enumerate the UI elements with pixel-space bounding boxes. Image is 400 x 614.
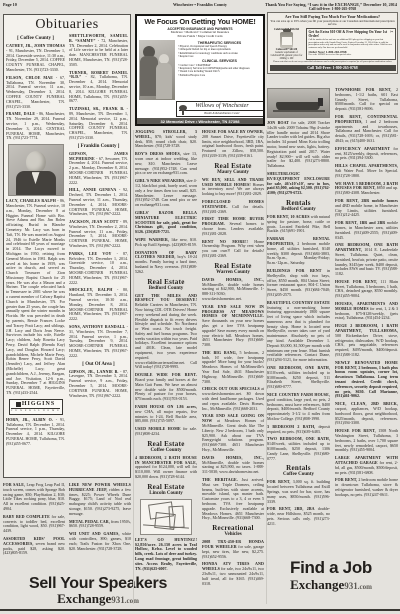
classified-ad: NICE, CLEAN, 2BD BRICK, carport, applian… (335, 402, 398, 426)
obituary-entry: FRAME, DALE - 86, Manchester, TN. Novemb… (6, 112, 65, 141)
classified-text: in Shelbyville, shop with two bays, offi… (267, 268, 330, 297)
classified-text: 208 Sunset Drive, Fayetteville city limi… (202, 134, 264, 158)
section-heading-category: Rentals (267, 464, 330, 472)
obituary-text: - 89, Winchester, TN. December 2, 2014. … (69, 219, 128, 248)
classified-lead: SHELTERLOGIC RV/EQUIPMENT ENCLOSURE (267, 171, 330, 181)
pill-bottle-icon (280, 32, 293, 48)
classified-text: featuring a non-smoking home featuring a… (267, 305, 330, 363)
boat-motor (318, 98, 323, 106)
canada-drug-ad: Call toll-free: 1-800-265-0768 Are You S… (267, 7, 398, 83)
higgins-logo-name: HIGGINS (16, 401, 55, 407)
classified-ad: DONATION OF BABY CLOTHES NEEDED, boy's 1… (135, 251, 197, 275)
higgins-logo-subtitle: F U N E R A L H O M E (11, 408, 60, 413)
obituaries-title: Obituaries (6, 17, 128, 32)
obituary-text: - 82, Tullahoma, TN. December 4, 2014. M… (69, 74, 128, 103)
obituary-entry: TURNER, ROBERT DANIEL “R.D.” - 82, Tulla… (69, 71, 128, 105)
willows-services: THERAPEUTIC SERVICES Physical, Occupatio… (175, 40, 263, 100)
newspaper-page: Page 10 Winchester • Franklin County Tha… (0, 0, 400, 614)
classified-ad: FOR RENT, 2BD, 2BA double-wide, near Hil… (267, 507, 330, 526)
find-a-job-banner: Find a Job Exchange931.com (262, 558, 400, 606)
classified-ad: HOUSE FOR SALE BY OWNER, 208 Sunset Driv… (202, 130, 264, 159)
section-heading-category: Real Estate (135, 483, 197, 491)
page-number: Page 10 (3, 2, 17, 7)
classified-ad: FIRST TIME HOME BUYER PROGRAM. Several h… (202, 217, 264, 236)
classified-ad: ONE BEDROOM, ONE BATH, $110/week, utilit… (267, 366, 330, 390)
classified-ad: JON BOAT for sale, 2008 Tracker 14x36 wi… (267, 121, 330, 169)
drug-ad-fine-print: Please note that we do not carry control… (270, 61, 396, 64)
classified-text: good condition, large yard, no pets, 2 b… (267, 397, 330, 421)
drug-ad-box: Are You Still Paying Too Much For Your M… (267, 12, 398, 74)
obituary-text: - 86, Manchester, TN. November 29, 2014.… (6, 111, 65, 140)
classified-text: and 4BD mobile home, in Manchester City … (335, 203, 398, 218)
classified-ad: YEAR END SALE GOING ON NOW at Meadows Ho… (202, 414, 264, 452)
classified-ad: ASSORTED KIDS’ POOL ACCESSORIES, seven b… (3, 537, 65, 556)
therapeutic-services-list: Physical, Occupational and Speech Therap… (178, 45, 261, 58)
therapeutic-services-title: THERAPEUTIC SERVICES (178, 41, 261, 45)
obituary-portrait-photo (8, 144, 64, 196)
logo-block-icon (16, 402, 21, 407)
classified-ad: FOR RENT, 3,000 sq. ft. building located… (267, 480, 330, 504)
classified-ad-bold: NEWLY RENOVATED HOME FOR RENT, 2 bedroom… (335, 361, 398, 399)
drug-ad-subheadline: You can save up to 93% when you fill you… (270, 20, 396, 27)
classified-ad: GIRL'S NIKE SNEAKERS, size 4-1/2, black/… (135, 179, 197, 208)
clinical-services-list: Cardiac Care • CPAP/BiPAPRespiratory Ser… (178, 64, 261, 77)
section-heading-county: Coffee County (267, 472, 330, 477)
classified-ad: JOGGING STROLLER, 3 WHEEL, $70; kids' wo… (135, 130, 197, 149)
classified-ad: THE BIG BANG, 5 bedroom, 2 bath, 16' wid… (202, 351, 264, 385)
classified-ad: LARGE APARTMENT WITH ATTACHED GARAGE for… (335, 456, 398, 475)
obituary-text: - 67, Tullahoma, TN. November 30, 2014. … (6, 75, 65, 109)
willows-insurance-line2: Private Funds • Major Credit Cards (137, 35, 263, 39)
classified-text: size 4-1/2, black/hot pink, barely used,… (135, 178, 197, 207)
obituaries-column-1: [ Coffee County ] CATHEY, JR., JOHN THOM… (6, 34, 65, 450)
classified-lead: 4 BEDROOM, 2 BATH HOUSE IN MANCHESTER FO… (135, 455, 197, 465)
classified-text: $140/week, utilities included up to $100… (267, 441, 330, 460)
classified-ad: ONE BEDROOM, ONE BATH APARTMENT, 1014 E.… (335, 243, 398, 277)
bottle-cap (283, 29, 291, 32)
obituary-text: - 67, Sewanee, TN. December 4, 2014. Fun… (69, 156, 128, 185)
obituary-text: - 87, Belvidere, TN. December 1, 2014. G… (69, 251, 128, 285)
classified-text: Salt Water Pool. Move In Special. (931)7… (335, 168, 398, 178)
classified-text: for sale, 46'x10'x10', new in box, paid … (267, 181, 330, 196)
classified-ad: HONDA ATV TIRES AND WHEELS for sale, two… (202, 562, 264, 586)
section-heading-county: Bedford County (267, 207, 330, 212)
section-heading: Rentals Coffee County (267, 464, 330, 477)
obituaries-columns: [ Coffee County ] CATHEY, JR., JOHN THOM… (6, 34, 128, 450)
classified-ad: DAVIS HOMES, INC., McMinnville, double w… (202, 278, 264, 302)
map-parcel (168, 505, 184, 528)
obituary-text: - 91, Tullahoma, TN. December 1, 2014. F… (6, 417, 65, 446)
banner-headline: Find a Job (262, 558, 400, 578)
classified-column-2: LIKE NEW POWER WHEELS HURRICANE JEEP, ri… (69, 483, 131, 573)
coupon-offer-box: ✂ Get An Extra $10 Off & Free Shipping O… (306, 28, 396, 60)
section-heading: Real Estate Maury County (202, 162, 264, 175)
column-rule (133, 130, 134, 604)
obituary-text: - 72, Manchester, TN. December 2, 2014. … (69, 38, 128, 67)
classified-ad: NICE COUNTRY FARM HOUSE, good condition,… (267, 393, 330, 422)
clinical-services-title: CLINICAL SERVICES (178, 59, 261, 63)
promo-code-line: Use code 10FREE to receive this special … (309, 54, 393, 57)
classified-ad: GET THE MILES AND RESPECT YOU DESERVE! R… (135, 294, 197, 371)
classified-ad: EFFICIENCY APARTMENT for rent, $125/week… (335, 147, 398, 161)
obituary-entry: HILL, ANNIE GENEVA - 92, Decherd, TN. De… (69, 188, 128, 217)
drug-ad-bottom-phone: Call Toll-Free: 1-800-265-0768 (270, 65, 396, 72)
classified-text: 5 bedroom, 2 bath, 16' wide, free heatpu… (202, 350, 264, 384)
section-heading-county: Warren County (202, 270, 264, 275)
obituary-text: - 80, Huntland, TN. December 3, 2014. Fu… (69, 287, 128, 321)
classified-ad: TOWNHOME FOR RENT, 2 bedrooms, 1-1/2 bat… (335, 88, 398, 112)
classified-column-5: JON BOAT for sale, 2008 Tracker 14x36 wi… (267, 88, 330, 556)
classified-ad: WE BUY, SELL AND TRADE USED MOBILE HOMES… (202, 178, 264, 197)
classified-ad: 4 BEDROOM, 2 BATH HOUSE IN MANCHESTER FO… (135, 456, 197, 480)
classified-ad: FOR RENT, 10 ACRES with natural spring f… (267, 215, 330, 234)
classified-text: Board your family and horses at the Main… (135, 377, 197, 401)
column-rule (266, 130, 267, 604)
willows-of-winchester-ad: We Focus On Getting You HOME! ACCEPTED I… (135, 14, 265, 126)
exchange-com: .com (358, 583, 372, 591)
county-heading: [ Coffee County ] (6, 36, 65, 41)
service-bullet: Palliative/Hospice Care (178, 74, 261, 77)
classified-text: McMinnville, double wide homes starting … (202, 282, 264, 301)
section-heading-category: Recreational (202, 524, 264, 532)
classified-ad: 3 BEDROOM 2 BATH, deposit required, no p… (267, 425, 330, 435)
classified-column-4: HOUSE FOR SALE BY OWNER, 208 Sunset Driv… (202, 130, 264, 608)
classified-ad-bold: LET'S GO HUNTING!! $2,850/acre. 26.150 a… (135, 538, 197, 572)
willows-address-bar: 32 Memorial Drive • Winchester, TN 37398 (137, 118, 263, 126)
classified-text: ridden a few times, $225; Power Wheels D… (69, 487, 131, 516)
willows-content-row: THERAPEUTIC SERVICES Physical, Occupatio… (137, 40, 263, 100)
classified-text: 2 bedrooms, 1-1/2 baths, 601 East Grundy… (335, 88, 398, 111)
obituaries-section: Obituaries [ Coffee County ] CATHEY, JR.… (3, 14, 131, 478)
classified-ad: FOR RENT, CONTINENTAL PROPERTIES, 1 and … (335, 115, 398, 144)
section-heading-category: Real Estate (135, 278, 197, 286)
middle-classifieds: JOGGING STROLLER, 3 WHEEL, $70; kids' wo… (135, 130, 265, 608)
classified-ad-bold: SHELTERLOGIC RV/EQUIPMENT ENCLOSURE for … (267, 172, 330, 196)
service-bullet: Respite Care (178, 55, 261, 58)
classified-ad: HOUSES, APARTMENTS AND MOBILE HOMES for … (335, 302, 398, 321)
classified-text: 500 Rickenbacker Drive, stove, refrigera… (335, 333, 398, 357)
classified-ad: HOUSE FOR RENT, 111 Blain Street, Tullah… (335, 280, 398, 299)
obituary-entry: SHOCKLEY, RALPH - 80, Huntland, TN. Dece… (69, 288, 128, 322)
classified-ad: HILLS CHAPEL APARTMENTS, Salt Water Pool… (335, 164, 398, 178)
classified-text: at Meadows Homes of McMinnville. Great d… (202, 418, 264, 452)
county-heading: [ Out Of Area ] (69, 362, 128, 367)
classified-text: new CHA, all major repairs, five minutes… (135, 409, 197, 424)
section-heading: Real Estate Warren County (202, 262, 264, 275)
right-classifieds: JON BOAT for sale, 2008 Tracker 14x36 wi… (267, 88, 398, 556)
exchange-931: 931 (344, 581, 358, 591)
offer-terms: Call the number below and save an additi… (309, 39, 393, 50)
patient-body (156, 63, 172, 99)
obituary-entry: TUZINSKI, SR., FRANK B. - 89, Manchester… (69, 107, 128, 141)
section-heading-county: Bedford County (135, 286, 197, 291)
classified-ad: WE HAVE 3 BEDROOM, 2 BATH HOUSES FOR REN… (335, 182, 398, 196)
classified-lead: YEAR END SALE NOW IN PROGRESS AT MEADOWS… (202, 304, 264, 319)
pill-bottle-graphic: CelebrexTM $832.60 Celecoxib* $61.00 Gen… (270, 28, 304, 60)
obituary-entry: JACKSON, JEAN SCOTT - 89, Winchester, TN… (69, 220, 128, 249)
classified-text: Just arrived. Must see. Triple Dormers, … (202, 477, 264, 520)
caregiver-photo (139, 40, 175, 100)
classified-text: carport, appliances, W/D hookup, hardwoo… (335, 406, 398, 425)
classified-ad: BABY BED COMPLETE for sale, converts to … (3, 515, 65, 534)
section-heading-category: Real Estate (135, 440, 197, 448)
obituary-text: - 89, Manchester, TN. December 1, 2014. … (69, 106, 128, 140)
classified-column-1: FOR SALE, Leap Frog Leap Pad II, touch s… (3, 483, 65, 573)
obituary-entry: GEPSON, JAMES MCPHERINE - 67, Sewanee, T… (69, 152, 128, 186)
classified-ad: FARM HOUSE ON 1.86 acres, new CHA, all m… (135, 405, 197, 424)
offer-title: Get An Extra $10 Off & Free Shipping On … (309, 30, 393, 38)
obituary-text: - 92, Decherd, TN. December 1, 2014. Fun… (69, 187, 128, 216)
obituary-entry: GIPSON, JR., LANNIE B. - 87, Lavergne, T… (69, 370, 128, 399)
section-heading-county: Vehicles (202, 532, 264, 537)
obituary-text: - 87, Lavergne, TN. December 3, 2014. Fu… (69, 369, 128, 398)
classified-ad: RENT NO MORE!! Home Ownership Program. W… (202, 240, 264, 259)
bottle-label (282, 37, 292, 45)
obituary-entry: SONS, ANTHONY RANDALL - 31, Winchester, … (69, 325, 128, 359)
section-heading: Rentals Bedford County (267, 199, 330, 212)
classified-ad: FORECLOSED HOMES STATEWIDE. Call for det… (202, 200, 264, 214)
classified-ad: HUGE 2 BEDROOM, 1 BATH APARTMENT, TULLAH… (335, 324, 398, 358)
classified-ad: LIKE NEW POWER WHEELS HURRICANE JEEP, ri… (69, 483, 131, 517)
tree-icon (179, 105, 187, 115)
section-heading: Real Estate Coffee County (135, 440, 197, 453)
classified-ad: BOY'S DRESS SHOES, size 13, worn once at… (135, 152, 197, 176)
obituaries-column-2: SHETTLEWORTH, SAMUEL B. “SAMMY” - 72, Ma… (69, 34, 128, 450)
obituary-text: - 86, Manchester, TN. Funeral service, 1… (6, 198, 65, 395)
classified-text: Leap Frog Leap Pad II, touch screen, com… (3, 483, 65, 511)
classified-ad: DAVIS HOMES, INC., McMinnville, double w… (202, 456, 264, 475)
page-header-center: Winchester • Franklin County (123, 2, 277, 7)
section-heading-category: Rentals (267, 199, 330, 207)
classified-lead: HUGE 2 BEDROOM, 1 BATH APARTMENT, TULLAH… (335, 323, 398, 333)
obituary-text: - 91, Manchester, TN. December 1, 2014. … (6, 48, 65, 72)
obituary-entry: FILSON, CHLOE MAE - 67, Tullahoma, TN. N… (6, 76, 65, 110)
classified-text: 2 bedroom, 1 bath plus bonus room upstai… (335, 365, 398, 399)
classified-ad: FARRAR RENTAL PROPERTIES, 2 bedroom mobi… (267, 237, 330, 266)
exchange-logo: Exchange931.com (262, 578, 400, 594)
classified-text: Save thousands on your new homes plus ge… (202, 318, 264, 347)
willows-logo-box: Willows of Winchester Health & Rehabilit… (176, 101, 265, 117)
boat-trailer (273, 110, 325, 112)
generic-price-note: Generic equivalent of CelebrexTM, generi… (270, 51, 304, 60)
drug-ad-middle-row: CelebrexTM $832.60 Celecoxib* $61.00 Gen… (270, 28, 396, 60)
section-heading: Recreational Vehicles (202, 524, 264, 537)
classified-text: for sale, 2008 Tracker 14x36 with 2009 T… (267, 120, 330, 168)
classified-ad: CHECK OUT OUR SPECIALS at www.davishomes… (202, 387, 264, 411)
classified-ad: METAL PEDAL CAR, from 1950's, $650. (931… (69, 520, 131, 530)
scissors-icon: ✂ (390, 29, 393, 34)
classified-column-6: TOWNHOME FOR RENT, 2 bedrooms, 1-1/2 bat… (335, 88, 398, 556)
exchange-931: 931 (111, 595, 125, 605)
obituary-entry: SHETTLEWORTH, SAMUEL B. “SAMMY” - 72, Ma… (69, 34, 128, 68)
section-heading: Real Estate Lincoln County (135, 483, 197, 496)
classified-ad: USED MOBILE HOME for sale. (931)808-4234… (135, 427, 197, 437)
classified-ad: WII UNIT AND GAMES, white with controlle… (69, 532, 131, 551)
jon-boat-photo (267, 88, 330, 118)
classified-text: McMinnville, double wide homes starting … (202, 460, 264, 475)
willows-logo-tagline: Health & Rehabilitation Center (179, 110, 265, 115)
section-heading-category: Real Estate (202, 162, 264, 170)
classified-text: 1014 E. Lauderdale Street, Tullahoma. Qu… (335, 247, 398, 276)
classified-text: $110/week, utilities included up to $100… (267, 370, 330, 389)
left-classifieds: FOR SALE, Leap Frog Leap Pad II, touch s… (3, 483, 131, 573)
plat-map-graphic (140, 499, 192, 535)
section-heading-county: Lincoln County (135, 491, 197, 496)
classified-ad: BEAUTIFUL COUNTRY ESTATE featuring a non… (267, 301, 330, 363)
obituary-entry: HORN, JR., ALBIN O. - 91, Tullahoma, TN.… (6, 418, 65, 447)
classified-lead: GET THE MILES AND RESPECT YOU DESERVE! (135, 293, 197, 303)
classified-text: appraised for $124,000, will sell for $1… (135, 464, 197, 479)
obituary-entry: CATHEY, JR., JOHN THOMAS - 91, Mancheste… (6, 44, 65, 73)
higgins-funeral-home-logo: HIGGINS F U N E R A L H O M E (9, 399, 63, 415)
section-heading-county: Coffee County (135, 448, 197, 453)
classified-ad: HOUSE FOR RENT, 1508 North Washington St… (335, 429, 398, 453)
page-bottom-rule (0, 609, 400, 611)
county-heading: [ Franklin County ] (69, 144, 128, 149)
obituary-entry: PARKS, LEE VOY - 87, Belvidere, TN. Dece… (69, 252, 128, 286)
classified-ad: FOR RENT, 2BR mobile homes and 4BD mobil… (335, 199, 398, 218)
classified-ad: YEAR END SALE NOW IN PROGRESS AT MEADOWS… (202, 305, 264, 348)
obituary-entry: LACY, CHARLES RALPH - 86, Manchester, TN… (6, 199, 65, 396)
classified-ad: TWO BEDROOM, ONE BATH, $140/week, utilit… (267, 437, 330, 461)
classified-ad: FOR RENT, 1BR and 2BR mobile homes, in M… (335, 221, 398, 240)
photo-face (26, 151, 46, 173)
obituary-text: - 31, Winchester, TN. December 7, 2014. … (69, 324, 128, 358)
section-heading-category: Real Estate (202, 262, 264, 270)
classified-text: Reliable Carriers in Manchester, TN. Now… (135, 302, 197, 369)
classified-ad-bold: GIRLS' RAZOR BELLA MINIATURE ELECTRIC SC… (135, 211, 197, 235)
classified-ad: FOR RENT, 2 bedroom mobile home in downt… (335, 478, 398, 497)
classified-ad: 2008 TRX-450-ER HONDA FOUR WHEELER for s… (202, 540, 264, 559)
classified-ad: DOUBLE WIDE FOR RENT. Board your family … (135, 373, 197, 402)
willows-logo-name: Willows of Winchester (179, 103, 265, 110)
classified-ad: THE HERITAGE. Just arrived. Must see. Tr… (202, 478, 264, 521)
section-heading-county: Maury County (202, 170, 264, 175)
classified-ad: FOR SALE, Leap Frog Leap Pad II, touch s… (3, 483, 65, 512)
section-heading: Real Estate Bedford County (135, 278, 197, 291)
willows-headline: We Focus On Getting You HOME! (137, 17, 263, 26)
classified-ad: WIPE WARMER, like new, $10. Pick up Esti… (135, 238, 197, 248)
classified-column-3: JOGGING STROLLER, 3 WHEEL, $70; kids' wo… (135, 130, 197, 608)
classified-ad: BUILDINGS FOR RENT in Shelbyville, shop … (267, 269, 330, 298)
